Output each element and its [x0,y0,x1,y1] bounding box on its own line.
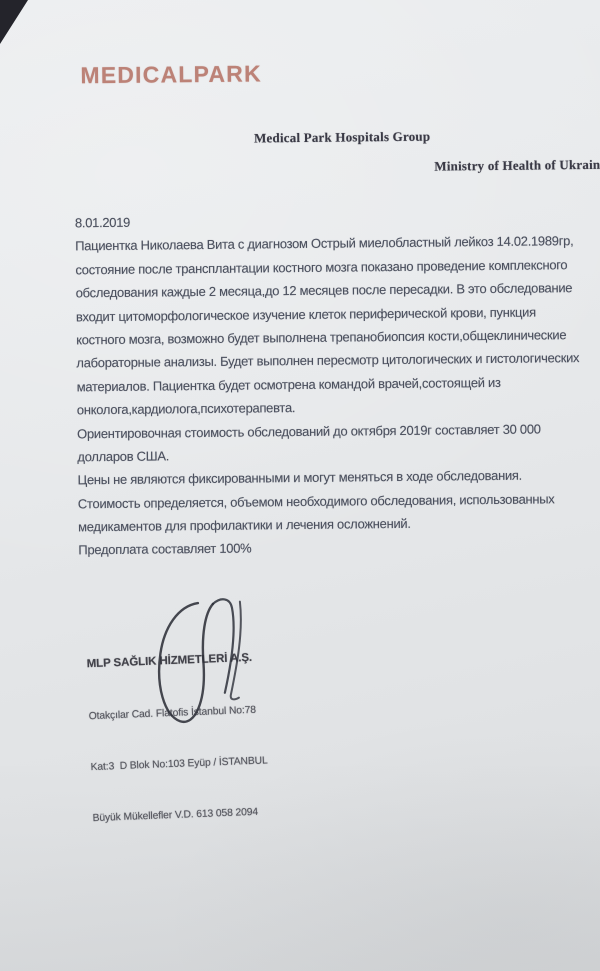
stamp-company-name: MLP SAĞLIK HİZMETLERİ A.Ş. [86,651,263,670]
letter-body: 8.01.2019 Пациентка Николаева Вита с диа… [75,206,600,562]
stamp-address-line-2: Kat:3 D Blok No:103 Eyüp / İSTANBUL [90,753,268,775]
recipient-title: Ministry of Health of Ukraine [434,157,600,175]
stamp-address-line-3: Büyük Mükellefler V.D. 613 058 2094 [92,804,270,826]
company-stamp: MLP SAĞLIK HİZMETLERİ A.Ş. Otakçılar Cad… [85,615,271,862]
letter-line: Предоплата составляет 100% [78,533,600,562]
stamp-address-line-1: Otakçılar Cad. Flatofis İstanbul No:78 [88,702,266,724]
photographed-letter: MEDICALPARK Medical Park Hospitals Group… [0,0,600,971]
medicalpark-logo: MEDICALPARK [80,60,262,89]
letter-content: MEDICALPARK Medical Park Hospitals Group… [0,0,600,971]
hospital-group-title: Medical Park Hospitals Group [254,129,430,147]
